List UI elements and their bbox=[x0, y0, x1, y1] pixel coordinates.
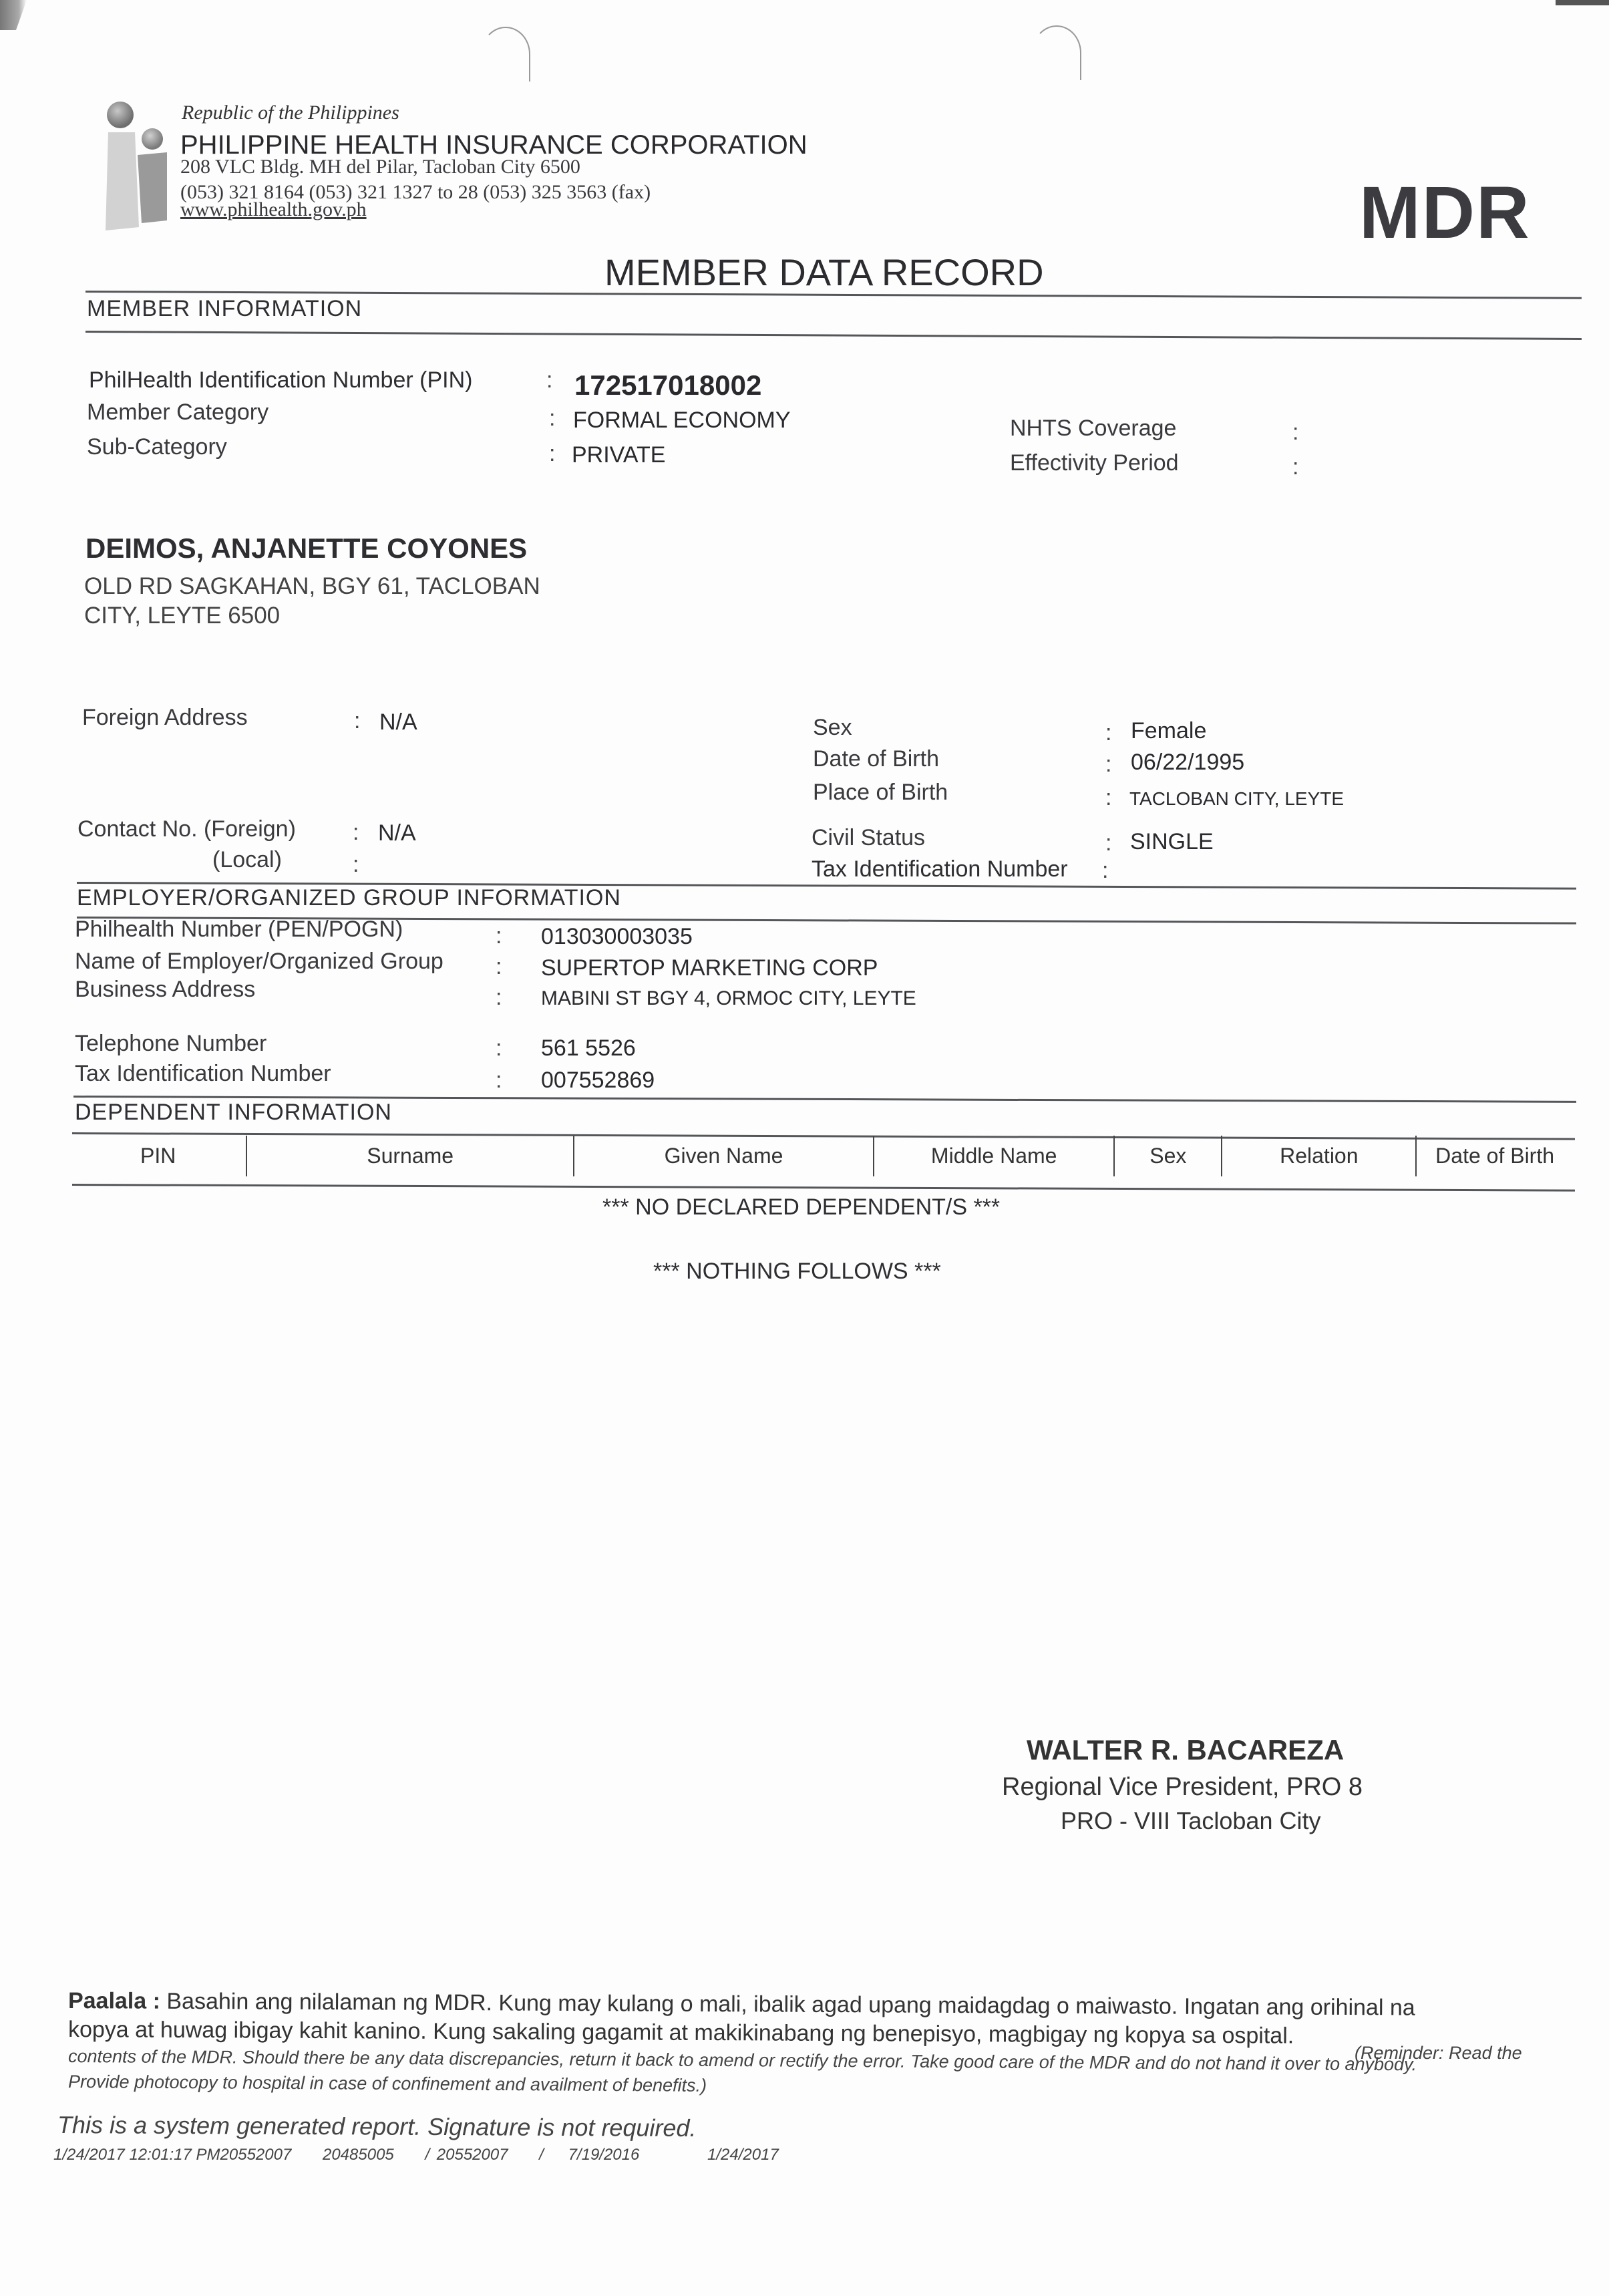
philhealth-logo-icon bbox=[100, 100, 180, 234]
colon: : bbox=[1105, 830, 1111, 856]
scan-edge-artifact bbox=[0, 0, 27, 30]
colon: : bbox=[1292, 420, 1298, 446]
dependents-table-header: PIN Surname Given Name Middle Name Sex R… bbox=[70, 1136, 1573, 1176]
member-category-label: Member Category bbox=[87, 399, 269, 426]
colon: : bbox=[549, 441, 555, 467]
document-title: MEMBER DATA RECORD bbox=[604, 251, 1044, 294]
system-generated-note: This is a system generated report. Signa… bbox=[57, 2111, 697, 2142]
business-address-label: Business Address bbox=[75, 977, 255, 1003]
reference-number: 20485005 bbox=[323, 2146, 394, 2164]
employer-phone-value: 561 5526 bbox=[541, 1035, 636, 1061]
reference-number: 20552007 bbox=[437, 2146, 508, 2164]
employer-pen-value: 013030003035 bbox=[541, 924, 693, 950]
signatory-title: Regional Vice President, PRO 8 bbox=[1002, 1773, 1363, 1802]
no-dependents-message: *** NO DECLARED DEPENDENT/S *** bbox=[602, 1194, 1000, 1220]
record-date: 7/19/2016 bbox=[568, 2146, 640, 2164]
employer-pen-label: Philhealth Number (PEN/POGN) bbox=[75, 917, 403, 943]
employer-section-title: EMPLOYER/ORGANIZED GROUP INFORMATION bbox=[77, 885, 621, 911]
column-header-pin: PIN bbox=[70, 1136, 246, 1176]
employer-phone-label: Telephone Number bbox=[75, 1031, 266, 1057]
divider bbox=[72, 1184, 1575, 1192]
reminder-english-line2: Provide photocopy to hospital in case of… bbox=[68, 2070, 707, 2098]
employer-name-value: SUPERTOP MARKETING CORP bbox=[541, 955, 878, 981]
dependents-table: PIN Surname Given Name Middle Name Sex R… bbox=[70, 1136, 1573, 1176]
reminder-tagalog-text-1: Basahin ang nilalaman ng MDR. Kung may k… bbox=[166, 1989, 1415, 2021]
contact-foreign-label: Contact No. (Foreign) bbox=[77, 816, 296, 842]
employer-tin-label: Tax Identification Number bbox=[75, 1061, 331, 1087]
effectivity-period-label: Effectivity Period bbox=[1010, 450, 1179, 476]
civil-status-value: SINGLE bbox=[1130, 829, 1214, 855]
agency-website-link[interactable]: www.philhealth.gov.ph bbox=[180, 198, 367, 221]
reminder-tagalog-text-2: kopya at huwag ibigay kahit kanino. Kung… bbox=[68, 2017, 1294, 2049]
contact-foreign-value: N/A bbox=[378, 820, 416, 846]
nothing-follows-message: *** NOTHING FOLLOWS *** bbox=[653, 1259, 941, 1285]
reminder-line2: kopya at huwag ibigay kahit kanino. Kung… bbox=[68, 2016, 1294, 2049]
colon: : bbox=[546, 367, 552, 393]
place-of-birth-label: Place of Birth bbox=[813, 780, 948, 806]
employer-tin-value: 007552869 bbox=[541, 1068, 655, 1094]
column-header-given-name: Given Name bbox=[574, 1136, 874, 1176]
punch-hole-mark bbox=[1032, 25, 1081, 80]
punch-hole-mark bbox=[481, 27, 530, 81]
sub-category-value: PRIVATE bbox=[572, 442, 665, 468]
sex-label: Sex bbox=[813, 715, 852, 741]
colon: : bbox=[353, 820, 359, 846]
colon: : bbox=[496, 954, 502, 980]
dependent-section-title: DEPENDENT INFORMATION bbox=[75, 1100, 392, 1126]
colon: : bbox=[496, 985, 502, 1011]
colon: : bbox=[1105, 752, 1111, 778]
employer-name-label: Name of Employer/Organized Group bbox=[75, 949, 443, 975]
colon: : bbox=[354, 708, 360, 734]
civil-status-label: Civil Status bbox=[812, 825, 925, 851]
member-category-value: FORMAL ECONOMY bbox=[573, 407, 791, 434]
nhts-coverage-label: NHTS Coverage bbox=[1010, 416, 1176, 442]
pin-value: 172517018002 bbox=[574, 369, 761, 401]
colon: : bbox=[496, 923, 502, 949]
colon: : bbox=[1105, 785, 1111, 811]
column-header-relation: Relation bbox=[1222, 1136, 1416, 1176]
separator: / bbox=[539, 2146, 544, 2164]
contact-local-label: (Local) bbox=[212, 847, 282, 873]
colon: : bbox=[496, 1068, 502, 1094]
member-info-section-title: MEMBER INFORMATION bbox=[87, 296, 362, 322]
signatory-name: WALTER R. BACAREZA bbox=[1027, 1734, 1344, 1766]
print-date: 1/24/2017 bbox=[707, 2146, 779, 2164]
member-tin-label: Tax Identification Number bbox=[812, 856, 1068, 882]
place-of-birth-value: TACLOBAN CITY, LEYTE bbox=[1129, 788, 1344, 810]
date-of-birth-label: Date of Birth bbox=[813, 746, 939, 772]
foreign-address-value: N/A bbox=[379, 709, 417, 735]
colon: : bbox=[1292, 454, 1298, 480]
mdr-badge: MDR bbox=[1359, 170, 1531, 255]
scan-edge-artifact bbox=[1556, 0, 1609, 5]
colon: : bbox=[1105, 720, 1111, 746]
footer-print-info: 1/24/2017 12:01:17 PM20552007 20485005 /… bbox=[53, 2146, 779, 2164]
column-header-surname: Surname bbox=[246, 1136, 573, 1176]
republic-label: Republic of the Philippines bbox=[182, 102, 399, 124]
sub-category-label: Sub-Category bbox=[87, 434, 227, 460]
sex-value: Female bbox=[1131, 718, 1206, 744]
reference-number: 20552007 bbox=[220, 2146, 292, 2164]
colon: : bbox=[1102, 858, 1108, 884]
member-address-line2: CITY, LEYTE 6500 bbox=[84, 603, 280, 629]
date-of-birth-value: 06/22/1995 bbox=[1131, 750, 1244, 776]
column-header-middle-name: Middle Name bbox=[874, 1136, 1114, 1176]
colon: : bbox=[549, 405, 555, 432]
reminder-line1: Paalala : Basahin ang nilalaman ng MDR. … bbox=[68, 1987, 1415, 2021]
pin-label: PhilHealth Identification Number (PIN) bbox=[89, 367, 472, 393]
column-header-sex: Sex bbox=[1114, 1136, 1222, 1176]
member-address-line1: OLD RD SAGKAHAN, BGY 61, TACLOBAN bbox=[84, 573, 540, 600]
business-address-value: MABINI ST BGY 4, ORMOC CITY, LEYTE bbox=[541, 987, 916, 1010]
member-name: DEIMOS, ANJANETTE COYONES bbox=[85, 532, 527, 564]
signatory-office: PRO - VIII Tacloban City bbox=[1061, 1807, 1320, 1835]
print-timestamp: 1/24/2017 12:01:17 PM bbox=[53, 2146, 220, 2164]
colon: : bbox=[353, 852, 359, 878]
divider bbox=[85, 331, 1582, 340]
reminder-label: Paalala : bbox=[68, 1988, 160, 2014]
colon: : bbox=[496, 1035, 502, 1061]
agency-address: 208 VLC Bldg. MH del Pilar, Tacloban Cit… bbox=[180, 156, 580, 178]
column-header-date-of-birth: Date of Birth bbox=[1416, 1136, 1573, 1176]
separator: / bbox=[425, 2146, 429, 2164]
foreign-address-label: Foreign Address bbox=[82, 705, 248, 731]
